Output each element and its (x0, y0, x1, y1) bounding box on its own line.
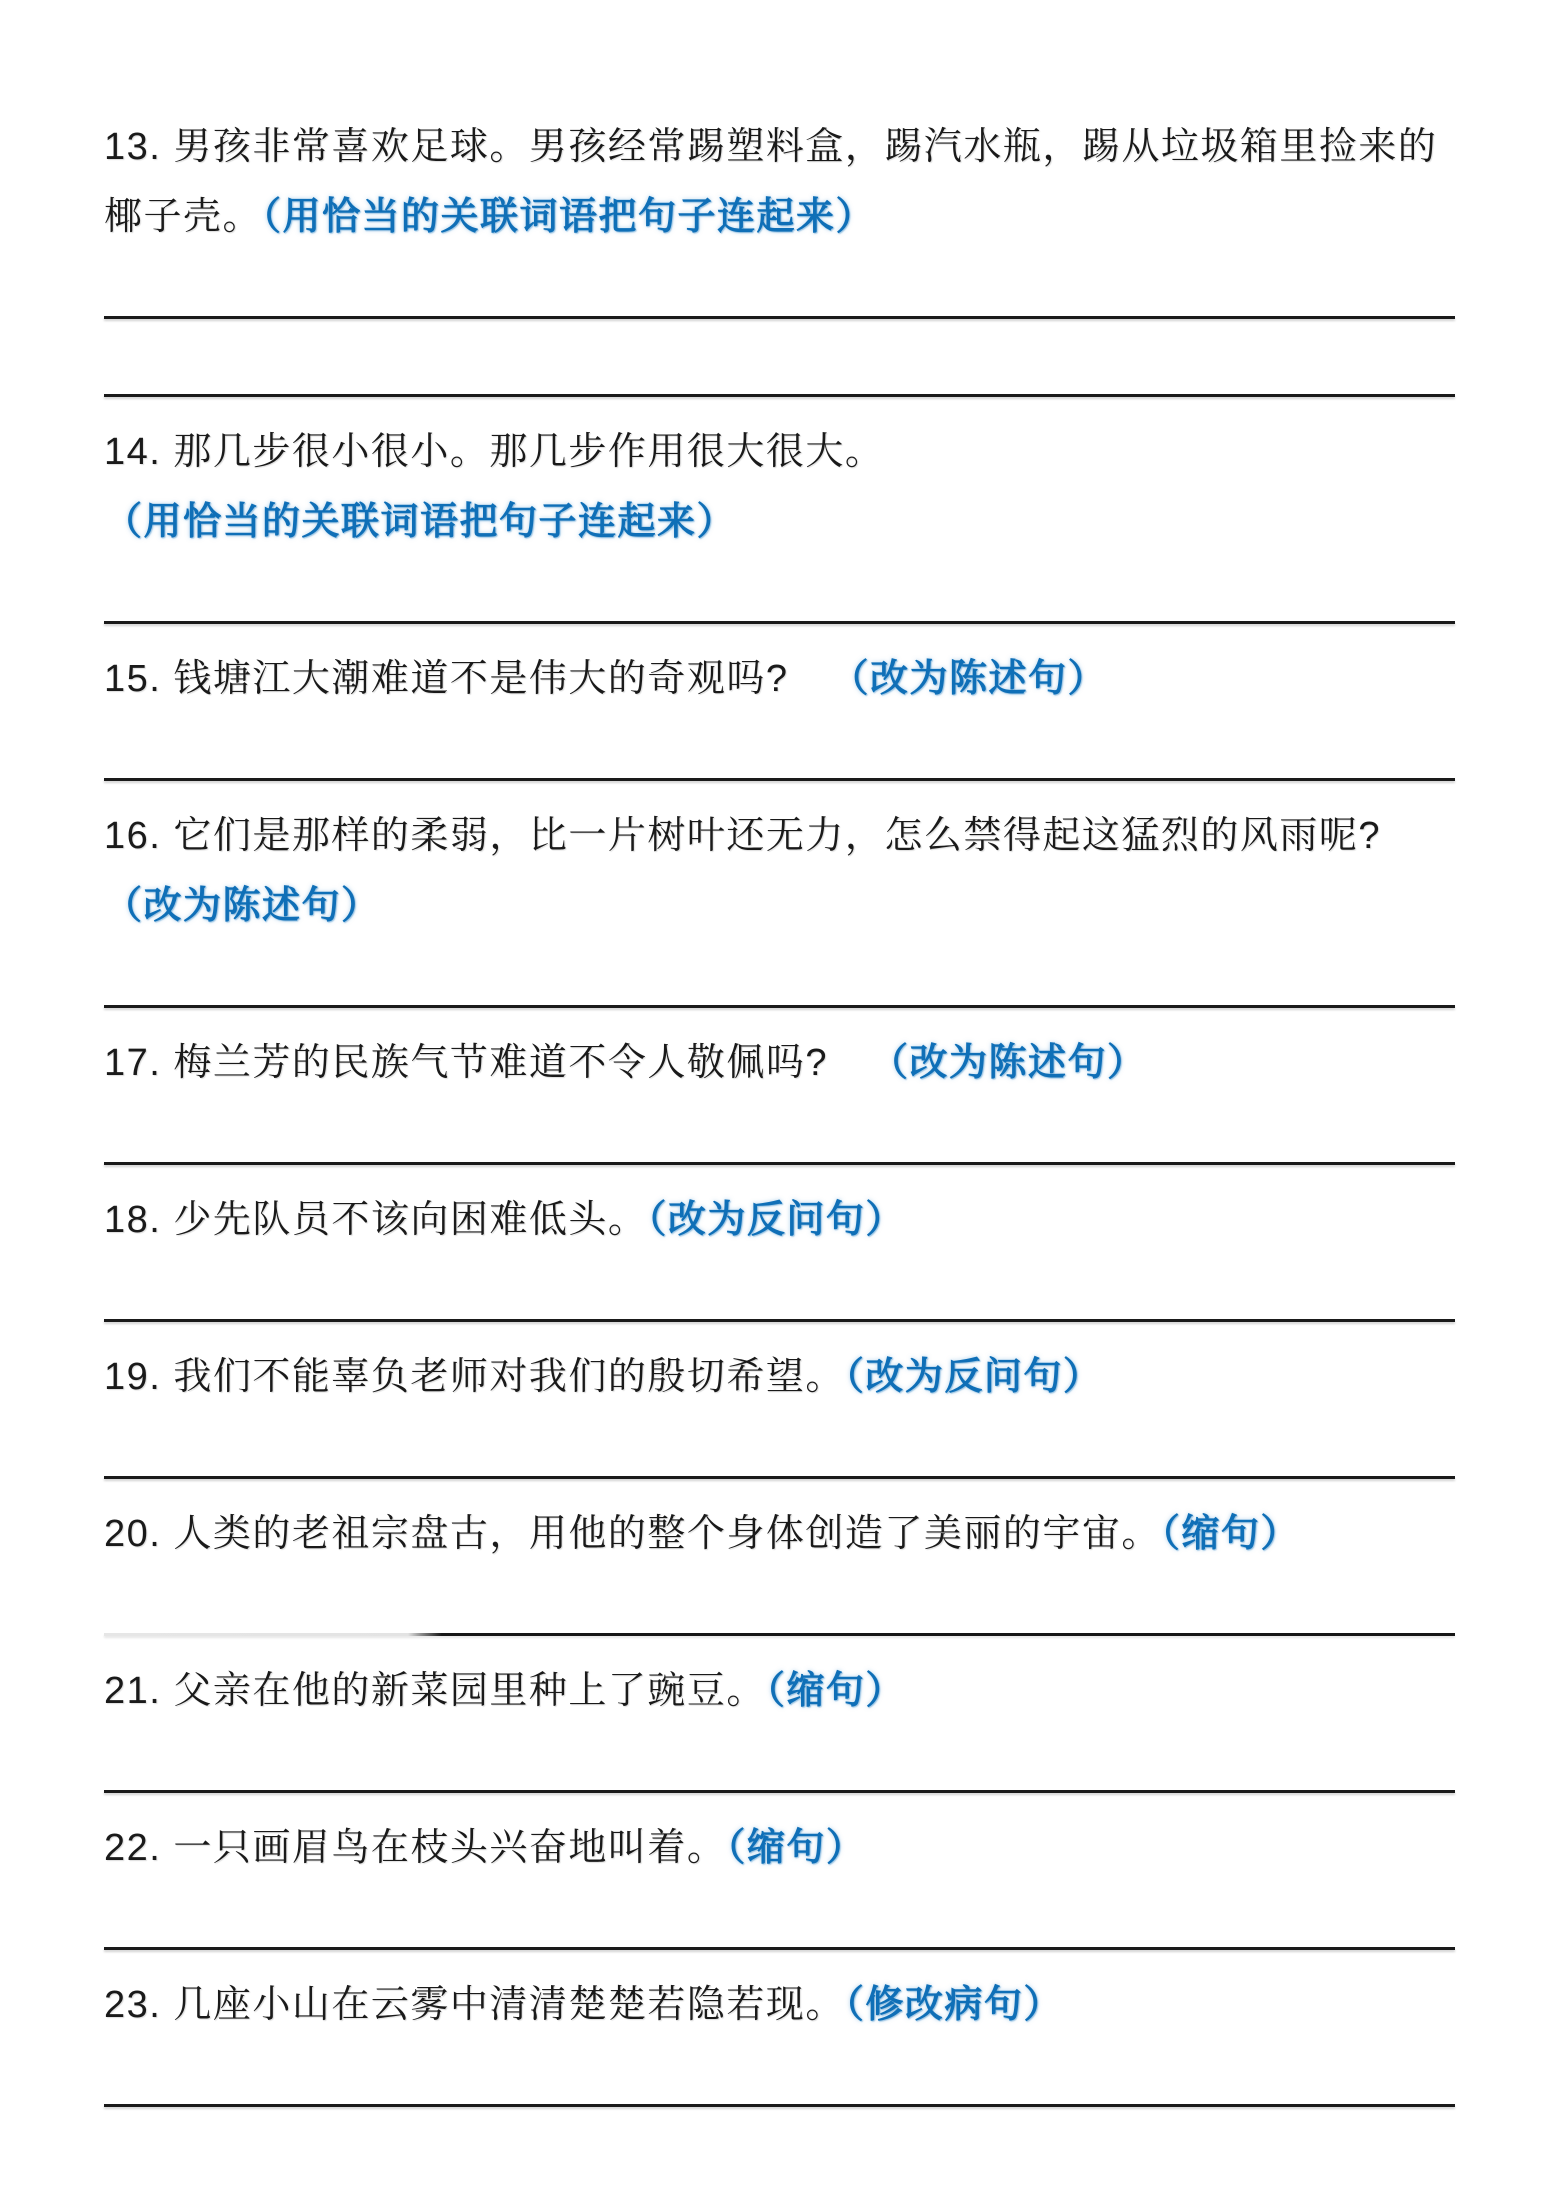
answer-blank-line (104, 394, 1455, 397)
question-item-13: 13. 男孩非常喜欢足球。男孩经常踢塑料盒，踢汽水瓶，踢从垃圾箱里捡来的椰子壳。… (104, 112, 1455, 397)
question-sentence: 22. 一只画眉鸟在枝头兴奋地叫着。 (104, 1827, 726, 1869)
question-sentence: 20. 人类的老祖宗盘古，用他的整个身体创造了美丽的宇宙。 (104, 1513, 1161, 1555)
answer-blank-line (104, 1005, 1455, 1008)
question-text: 16. 它们是那样的柔弱，比一片树叶还无力，怎么禁得起这猛烈的风雨呢?（改为陈述… (104, 801, 1455, 941)
question-item-16: 16. 它们是那样的柔弱，比一片树叶还无力，怎么禁得起这猛烈的风雨呢?（改为陈述… (104, 801, 1455, 1008)
question-item-18: 18. 少先队员不该向困难低头。（改为反问句） (104, 1185, 1455, 1322)
question-item-19: 19. 我们不能辜负老师对我们的殷切希望。（改为反问句） (104, 1342, 1455, 1479)
question-item-15: 15. 钱塘江大潮难道不是伟大的奇观吗?（改为陈述句） (104, 644, 1455, 781)
answer-blank-line (104, 778, 1455, 781)
answer-blank-line (104, 1319, 1455, 1322)
question-item-20: 20. 人类的老祖宗盘古，用他的整个身体创造了美丽的宇宙。（缩句） (104, 1499, 1455, 1636)
question-text: 17. 梅兰芳的民族气节难道不令人敬佩吗?（改为陈述句） (104, 1028, 1455, 1098)
question-instruction: （用恰当的关联词语把句子连起来） (104, 487, 1455, 557)
question-item-17: 17. 梅兰芳的民族气节难道不令人敬佩吗?（改为陈述句） (104, 1028, 1455, 1165)
answer-blank-line (104, 2104, 1455, 2107)
question-instruction: （用恰当的关联词语把句子连起来） (262, 196, 875, 238)
question-sentence: 19. 我们不能辜负老师对我们的殷切希望。 (104, 1356, 845, 1398)
question-instruction: （缩句） (766, 1670, 905, 1712)
question-sentence: 16. 它们是那样的柔弱，比一片树叶还无力，怎么禁得起这猛烈的风雨呢? (104, 815, 1381, 857)
question-sentence: 23. 几座小山在云雾中清清楚楚若隐若现。 (104, 1984, 845, 2026)
question-item-14: 14. 那几步很小很小。那几步作用很大很大。（用恰当的关联词语把句子连起来） (104, 417, 1455, 624)
question-sentence: 18. 少先队员不该向困难低头。 (104, 1199, 647, 1241)
question-instruction: （改为陈述句） (104, 871, 1455, 941)
question-text: 22. 一只画眉鸟在枝头兴奋地叫着。（缩句） (104, 1813, 1455, 1883)
question-instruction: （修改病句） (845, 1984, 1063, 2026)
answer-blank-line (104, 1790, 1455, 1793)
answer-blank-line (104, 621, 1455, 624)
question-instruction: （改为陈述句） (831, 658, 1108, 700)
question-item-22: 22. 一只画眉鸟在枝头兴奋地叫着。（缩句） (104, 1813, 1455, 1950)
question-text: 18. 少先队员不该向困难低头。（改为反问句） (104, 1185, 1455, 1255)
question-text: 19. 我们不能辜负老师对我们的殷切希望。（改为反问句） (104, 1342, 1455, 1412)
question-text: 15. 钱塘江大潮难道不是伟大的奇观吗?（改为陈述句） (104, 644, 1455, 714)
answer-blank-line (104, 1947, 1455, 1950)
question-sentence: 21. 父亲在他的新菜园里种上了豌豆。 (104, 1670, 766, 1712)
question-text: 20. 人类的老祖宗盘古，用他的整个身体创造了美丽的宇宙。（缩句） (104, 1499, 1455, 1569)
question-text: 14. 那几步很小很小。那几步作用很大很大。（用恰当的关联词语把句子连起来） (104, 417, 1455, 557)
question-text: 23. 几座小山在云雾中清清楚楚若隐若现。（修改病句） (104, 1970, 1455, 2040)
question-item-23: 23. 几座小山在云雾中清清楚楚若隐若现。（修改病句） (104, 1970, 1455, 2107)
question-instruction: （改为反问句） (845, 1356, 1103, 1398)
question-instruction: （改为陈述句） (870, 1042, 1147, 1084)
worksheet-page: 13. 男孩非常喜欢足球。男孩经常踢塑料盒，踢汽水瓶，踢从垃圾箱里捡来的椰子壳。… (0, 0, 1560, 2208)
question-sentence: 17. 梅兰芳的民族气节难道不令人敬佩吗? (104, 1042, 828, 1084)
question-instruction: （缩句） (1161, 1513, 1300, 1555)
answer-blank-line (104, 1633, 1455, 1636)
question-text: 13. 男孩非常喜欢足球。男孩经常踢塑料盒，踢汽水瓶，踢从垃圾箱里捡来的椰子壳。… (104, 112, 1455, 252)
answer-blank-line (104, 1476, 1455, 1479)
question-sentence: 14. 那几步很小很小。那几步作用很大很大。 (104, 431, 884, 473)
question-instruction: （缩句） (726, 1827, 865, 1869)
answer-blank-line (104, 1162, 1455, 1165)
question-text: 21. 父亲在他的新菜园里种上了豌豆。（缩句） (104, 1656, 1455, 1726)
answer-blank-line (104, 316, 1455, 319)
question-item-21: 21. 父亲在他的新菜园里种上了豌豆。（缩句） (104, 1656, 1455, 1793)
question-sentence: 15. 钱塘江大潮难道不是伟大的奇观吗? (104, 658, 789, 700)
question-instruction: （改为反问句） (647, 1199, 905, 1241)
